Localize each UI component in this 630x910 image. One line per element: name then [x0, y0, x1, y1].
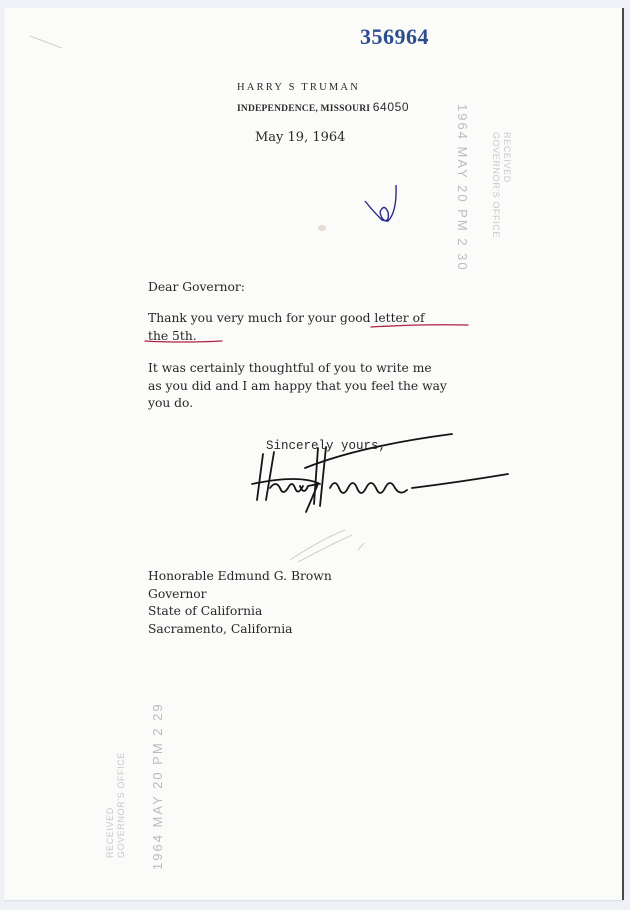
signature — [252, 434, 508, 512]
faint-marks — [30, 36, 364, 562]
red-underline — [145, 325, 468, 342]
ink-overlay — [0, 0, 630, 910]
paper-spot — [318, 225, 326, 231]
handwritten-mark — [365, 185, 396, 221]
